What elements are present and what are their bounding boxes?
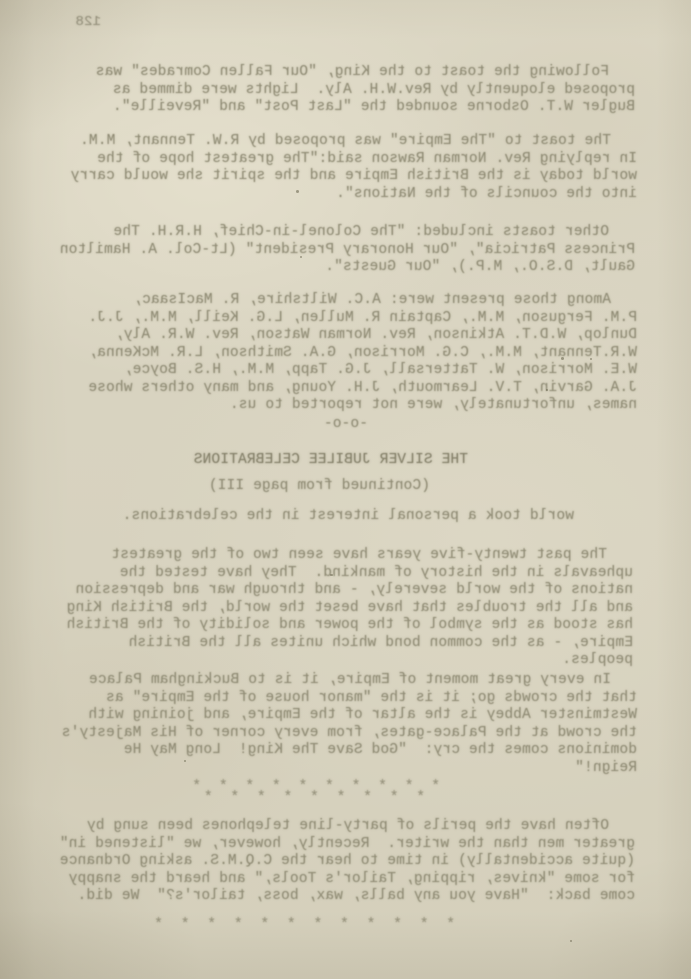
paragraph-jubilee-upheavals: The past twenty-five years have seen two… [67,547,634,670]
ink-speck [570,940,572,942]
mirrored-typed-sheet: 128 Following the toast to the King, "Ou… [0,0,691,979]
ink-speck [561,357,564,360]
article-heading: THE SILVER JUBILEE CELEBRATIONS [194,452,468,470]
paragraph-those-present: Among those present were: A.C. Wiltshire… [88,292,637,415]
asterisk-row-lower: * * * * * * * * * [204,790,425,808]
ink-speck [184,760,186,762]
continued-from-note: (Continued from page III) [209,478,430,496]
paragraph-toast-to-king: Following the toast to the King, "Our Fa… [96,64,635,117]
scanned-newsletter-page: 128 Following the toast to the King, "Ou… [0,0,691,979]
paragraph-other-toasts: Other toasts included: "The Colonel-in-C… [60,224,635,277]
ink-speck [546,389,548,391]
carryover-sentence-line: world took a personal interest in the ce… [123,508,574,526]
ink-speck [300,256,302,258]
paragraph-toast-to-empire: The toast to "The Empire" was proposed b… [71,133,638,203]
ink-speck [590,358,592,360]
section-divider: -o-o- [324,416,368,434]
ink-speck [330,574,333,576]
paragraph-jubilee-palace: In every great moment of Empire, it is t… [62,672,637,777]
paragraph-party-line-telephones: Often have the perils of party-line tele… [60,818,635,906]
page-number: 128 [75,14,101,32]
ink-speck [296,190,299,193]
asterisk-row-bottom: * * * * * * * * * * * * [154,917,455,935]
